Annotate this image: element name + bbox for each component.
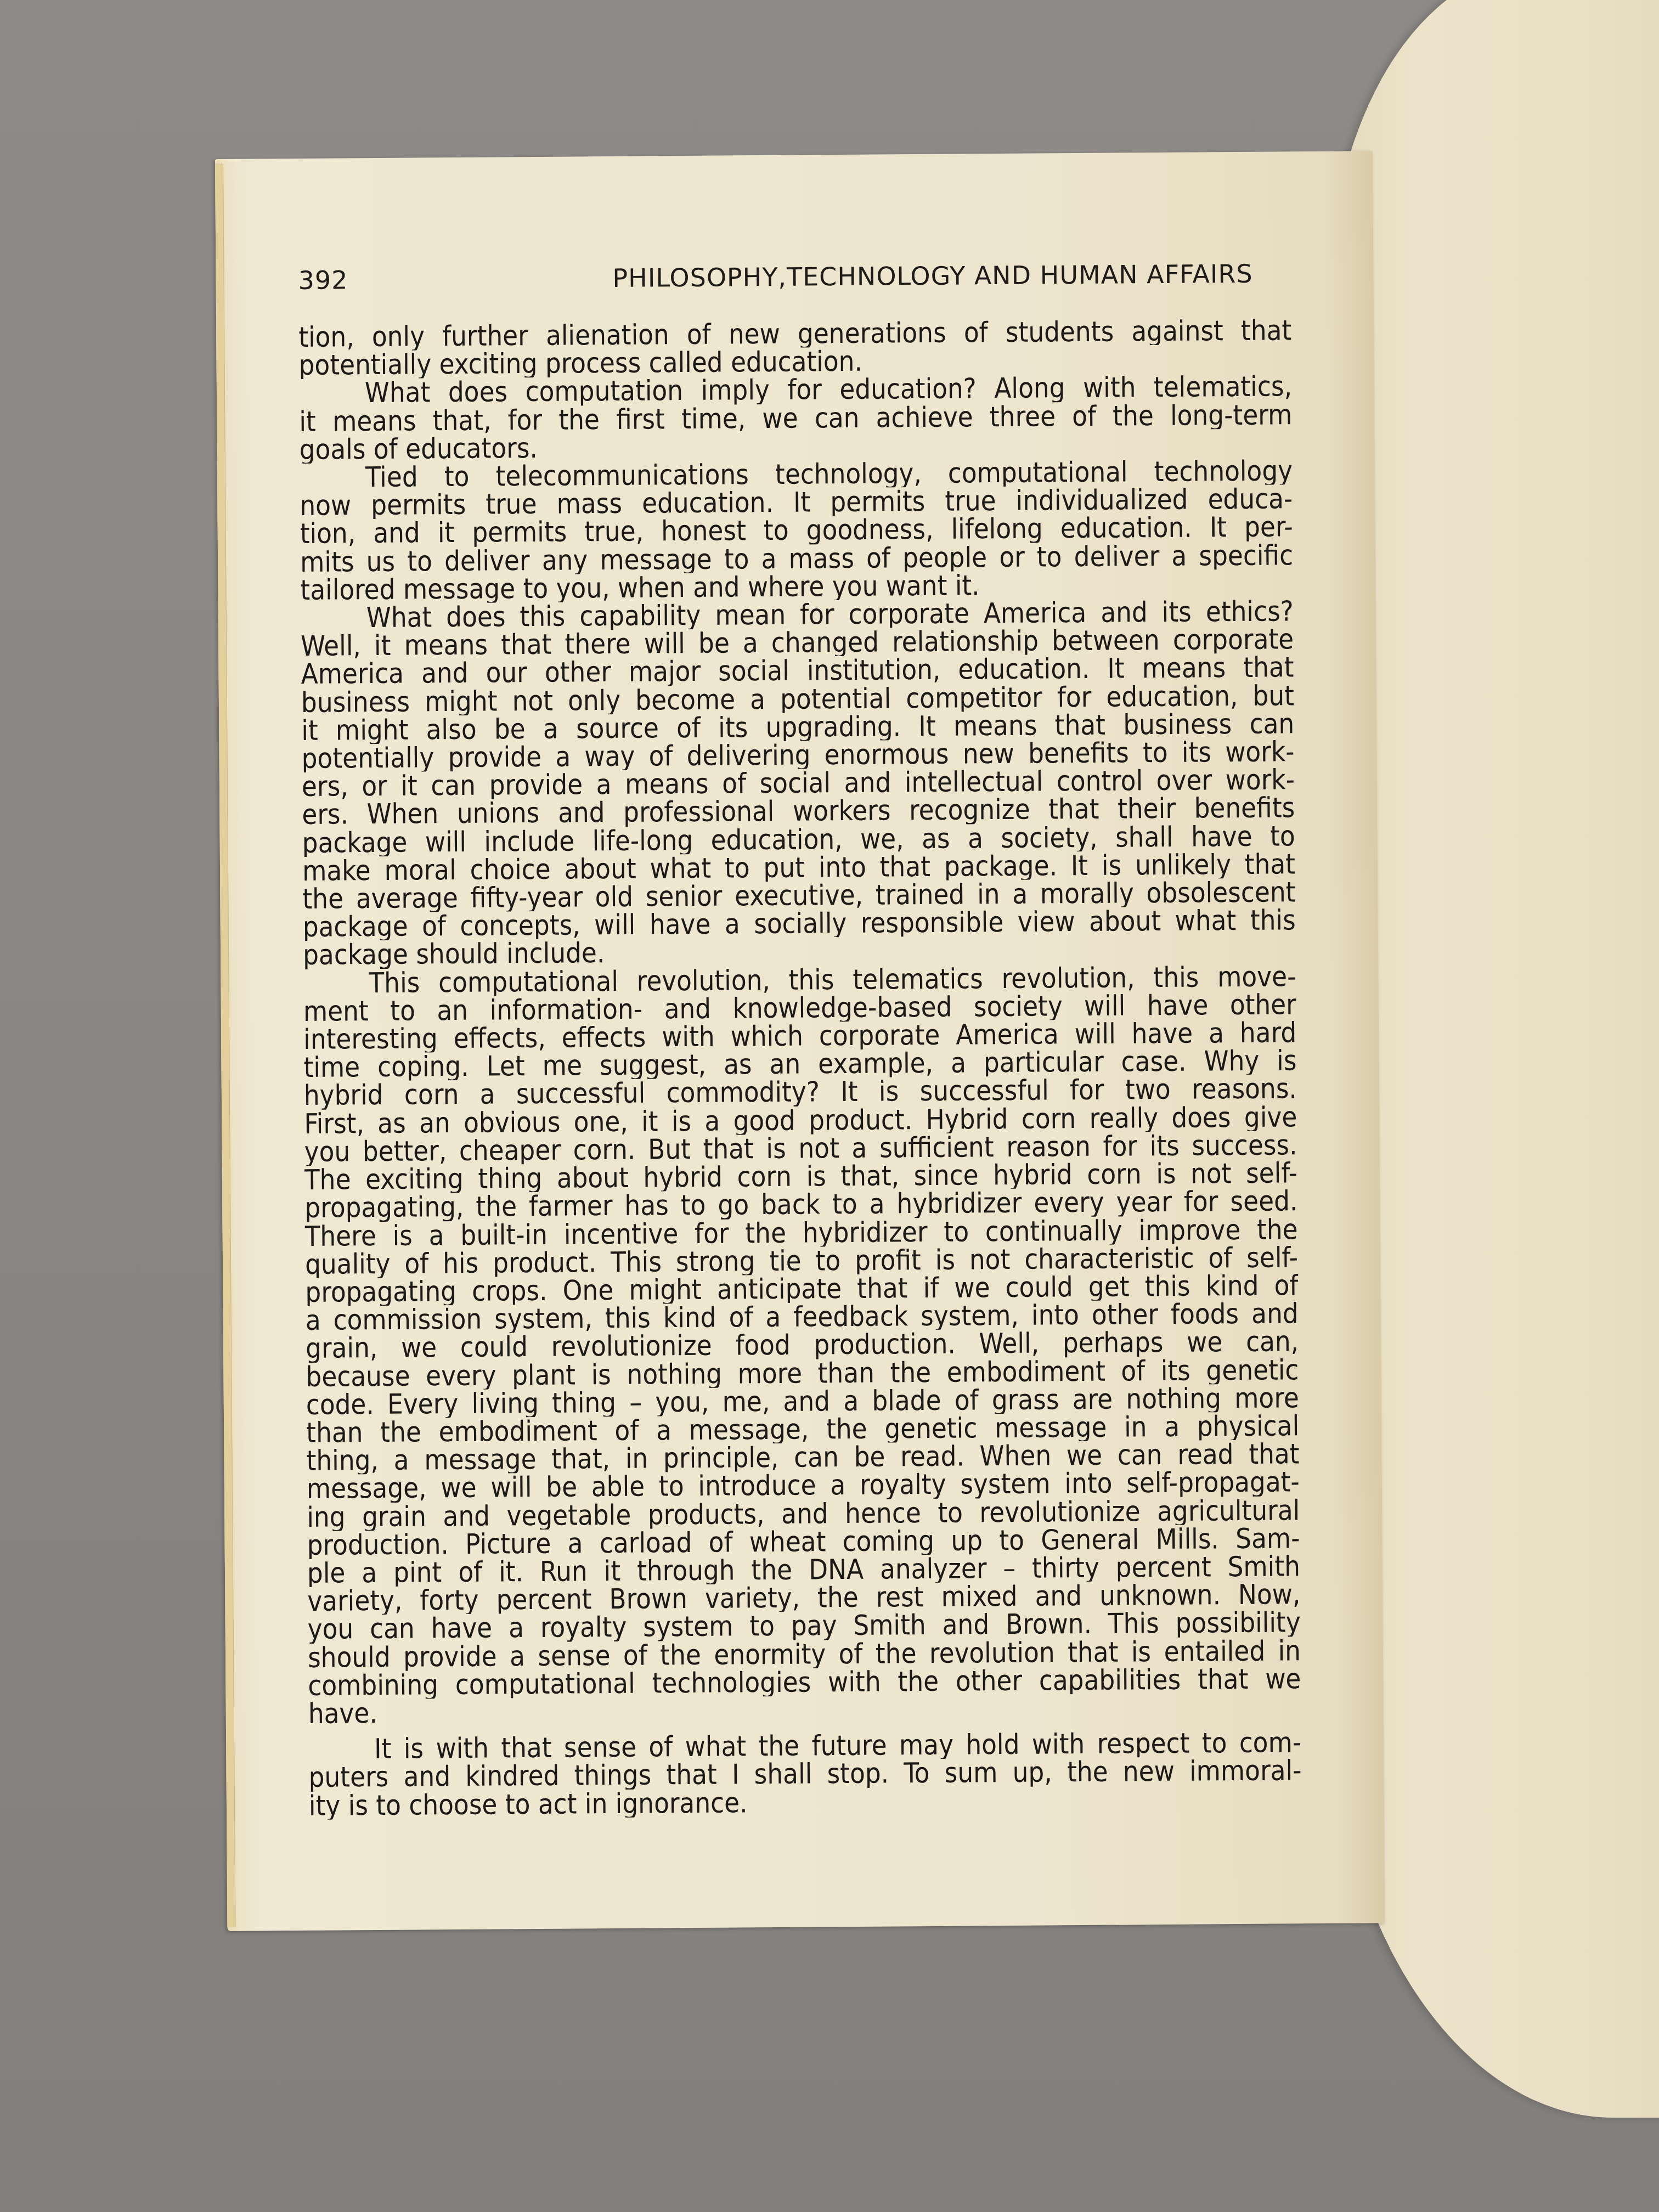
running-head: 392 PHILOSOPHY,TECHNOLOGY AND HUMAN AFFA… — [298, 259, 1252, 295]
body-text: tion, only further alienation of new gen… — [298, 316, 1302, 1819]
book-page: 392 PHILOSOPHY,TECHNOLOGY AND HUMAN AFFA… — [215, 151, 1385, 1931]
page-number: 392 — [298, 265, 348, 295]
running-head-title: PHILOSOPHY,TECHNOLOGY AND HUMAN AFFAIRS — [612, 259, 1252, 293]
